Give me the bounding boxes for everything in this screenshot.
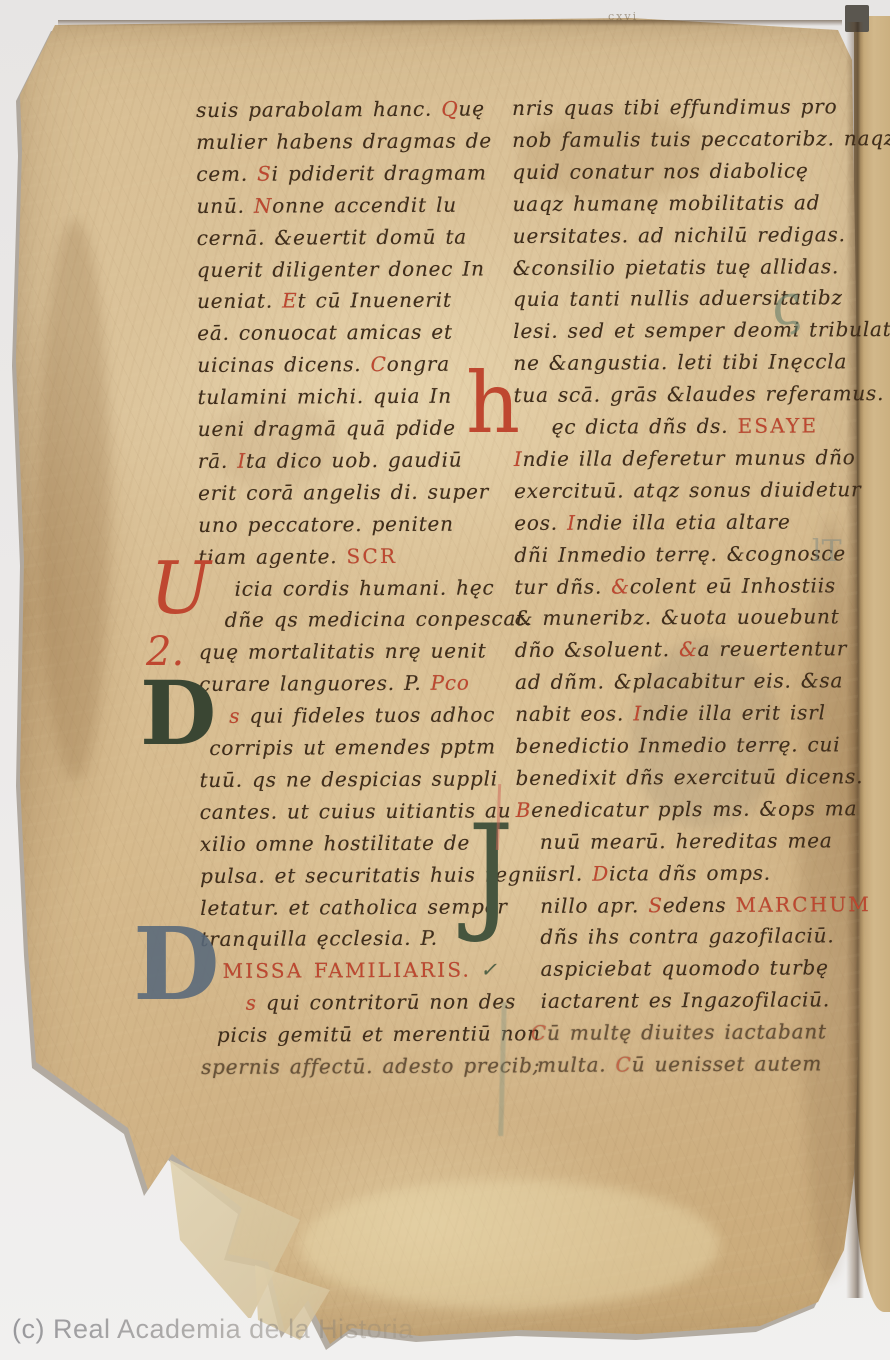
manuscript-line: nob famulis tuis peccatoribz. naqz bbox=[512, 128, 890, 150]
manuscript-line: dño &soluent. &a reuertentur bbox=[515, 639, 847, 661]
manuscript-line: ueni dragmā quā pdide bbox=[198, 418, 456, 439]
copyright-watermark: (c) Real Academia de la Historia bbox=[12, 1314, 414, 1345]
manuscript-line: tulamini michi. quia In bbox=[198, 386, 452, 407]
stain bbox=[300, 1180, 720, 1310]
manuscript-line: curare languores. P. Pco bbox=[199, 673, 470, 694]
stain bbox=[40, 220, 110, 780]
manuscript-line: cernā. &euertit domū ta bbox=[197, 226, 467, 247]
manuscript-line: unū. Nonne accendit lu bbox=[197, 194, 457, 215]
manuscript-line: Indie illa deferetur munus dño bbox=[514, 447, 856, 469]
manuscript-line: s qui fideles tuos adhoc bbox=[229, 705, 495, 726]
manuscript-line: lesi. sed et semper deomi tribulatio bbox=[513, 319, 890, 341]
manuscript-line: nuū mearū. hereditas mea bbox=[540, 830, 833, 852]
stain bbox=[210, 400, 340, 490]
manuscript-line: eos. Indie illa etia altare bbox=[514, 511, 790, 532]
manuscript-line: dñs ihs contra gazofilaciū. bbox=[540, 926, 834, 948]
manuscript-line: uno peccatore. peniten bbox=[198, 513, 454, 534]
manuscript-line: mulier habens dragmas de bbox=[196, 130, 492, 152]
stain bbox=[520, 110, 710, 200]
manuscript-line: benedictio Inmedio terrę. cui bbox=[515, 734, 840, 756]
manuscript-line: tur dñs. &colent eū Inhostiis bbox=[515, 575, 837, 597]
manuscript-line: picis gemitū et merentiū non bbox=[217, 1023, 541, 1045]
manuscript-line: dñe qs medicina conpescat. bbox=[225, 609, 533, 631]
gray-marks-mark: lT bbox=[812, 534, 842, 569]
manuscript-line: tuū. qs ne despicias suppli bbox=[200, 768, 499, 790]
manuscript-line: nabit eos. Indie illa erit isrl bbox=[515, 702, 826, 724]
gutter-j-initial: J bbox=[468, 821, 514, 923]
manuscript-line: nris quas tibi effundimus pro bbox=[512, 96, 837, 118]
manuscript-line: & muneribz. &uota uouebunt bbox=[515, 607, 840, 629]
manuscript-line: uersitates. ad nichilū redigas. bbox=[513, 224, 846, 246]
manuscript-line: ęc dicta dñs ds. ESAYE bbox=[552, 415, 819, 436]
manuscript-line: erit corā angelis di. super bbox=[198, 481, 489, 503]
manuscript-line: quid conatur nos diabolicę bbox=[512, 160, 808, 182]
deus-blue-initial: D bbox=[133, 924, 220, 1004]
manuscript-line: exercituū. atqz sonus diuidetur bbox=[514, 479, 861, 501]
page-top-edge-shadow bbox=[58, 20, 842, 26]
manuscript-line: tiam agente. SCR bbox=[198, 546, 397, 567]
manuscript-line: uaqz humanę mobilitatis ad bbox=[513, 192, 821, 214]
manuscript-line: aspiciebat quomodo turbę bbox=[541, 958, 829, 980]
manuscript-line: rā. Ita dico uob. gaudiū bbox=[198, 450, 463, 471]
manuscript-line: iactarent es Ingazofilaciū. bbox=[541, 990, 830, 1012]
manuscript-line: Cū multę diuites iactabant bbox=[531, 1021, 827, 1043]
manuscript-line: ueniat. Et cū Inuenerit bbox=[197, 290, 452, 311]
manuscript-line: uicinas dicens. Congra bbox=[197, 354, 450, 375]
vitia-initial-initial: U bbox=[150, 560, 211, 618]
deus-green-initial: D bbox=[140, 678, 216, 748]
manuscript-line: icia cordis humani. hęc bbox=[235, 577, 495, 598]
manuscript-line: MISSA FAMILIARIS. ✓ bbox=[223, 960, 498, 981]
manuscript-line: cem. Si pdiderit dragmam bbox=[196, 162, 486, 184]
manuscript-line: letatur. et catholica semper bbox=[200, 896, 508, 918]
manuscript-line: multa. Cū uenisset autem bbox=[537, 1053, 822, 1074]
manuscript-line: quę mortalitatis nrę uenit bbox=[199, 641, 487, 663]
manuscript-line: querit diligenter donec In bbox=[197, 258, 485, 280]
manuscript-line: ne &angustia. leti tibi Inęccla bbox=[513, 351, 847, 373]
manuscript-line: eā. conuocat amicas et bbox=[197, 322, 453, 343]
manuscript-line: ad dñm. &placabitur eis. &sa bbox=[515, 670, 843, 692]
manuscript-line: Benedicatur ppls ms. &ops ma bbox=[516, 798, 858, 820]
manuscript-line: tranquilla ęcclesia. P. bbox=[200, 928, 438, 949]
scanned-manuscript-photo: { "document": { "type": "medieval-manusc… bbox=[0, 0, 890, 1360]
manuscript-line: benedixit dñs exercituū dicens. bbox=[516, 766, 864, 788]
manuscript-line: s qui contritorū non des bbox=[246, 992, 516, 1013]
manuscript-line: corripis ut emendes pptm bbox=[209, 736, 496, 757]
manuscript-line: isrl. Dicta dñs omps. bbox=[540, 862, 771, 883]
manuscript-line: dñi Inmedio terrę. &cognosce bbox=[514, 543, 846, 565]
folio-inscription: cxvi bbox=[608, 10, 638, 23]
manuscript-line: spernis affectū. adesto precib; bbox=[201, 1055, 540, 1077]
manuscript-line: tua scā. grās &laudes referamus. p bbox=[514, 383, 890, 405]
manuscript-line: nillo apr. Sedens MARCHUM bbox=[540, 894, 871, 916]
manuscript-line: xilio omne hostilitate de bbox=[200, 832, 470, 853]
manuscript-line: suis parabolam hanc. Quę bbox=[196, 98, 485, 120]
manuscript-line: cantes. ut cuius uitiantis au bbox=[200, 800, 512, 822]
haec-red-initial: h bbox=[466, 370, 520, 437]
